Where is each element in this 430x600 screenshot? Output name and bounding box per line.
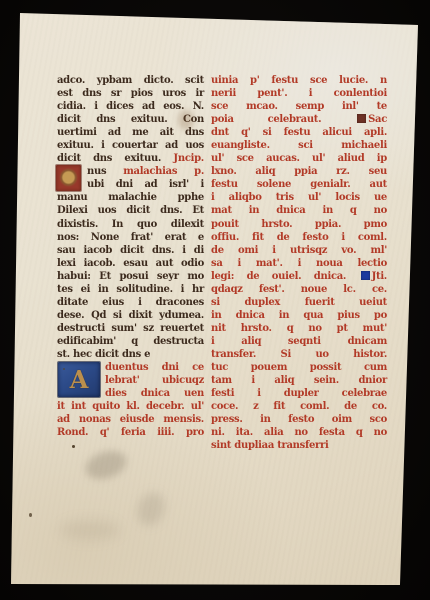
text-line: destructi sum' sz reuertet bbox=[57, 322, 204, 335]
text-run: dixistis. In quo dilexit bbox=[57, 219, 204, 230]
text-run: in dnica in qua pius po bbox=[211, 310, 387, 321]
illuminated-initial-o: O bbox=[56, 165, 81, 191]
text-line: dicit dns exituu. Con bbox=[57, 113, 204, 126]
text-run: i aliqbo tris ul' locis ue bbox=[211, 192, 387, 203]
text-line: de omi i utrisqz vo. ml' bbox=[211, 244, 387, 257]
text-line: tam i aliq sein. dnior bbox=[211, 374, 387, 387]
text-run: est dns sr pios uros ir bbox=[57, 88, 204, 99]
text-run: ditate eius i dracones bbox=[57, 297, 204, 308]
text-line: dese. Qd si dixit ydumea. bbox=[57, 309, 204, 322]
text-line: offiu. fit de festo i coml. bbox=[211, 231, 387, 244]
text-run: sint dupliaa transferri bbox=[211, 440, 328, 451]
text-line: exituu. i couertar ad uos bbox=[57, 139, 204, 152]
text-run: pouit hrsto. ppia. pmo bbox=[211, 219, 387, 230]
text-run: i aliq seqnti dnicam bbox=[211, 336, 387, 347]
text-run: dnt q' si festu alicui apli. bbox=[211, 127, 387, 138]
text-run: lexi iacob. esau aut odio bbox=[57, 258, 204, 269]
text-line: lxno. aliq ppia rz. seu bbox=[211, 165, 387, 178]
text-run: qdaqz fest'. noue lc. ce. bbox=[211, 284, 387, 295]
text-line: i aliqbo tris ul' locis ue bbox=[211, 191, 387, 204]
text-run: ad nonas eiusde mensis. bbox=[57, 414, 204, 425]
text-line: in dnica in qua pius po bbox=[211, 309, 387, 322]
text-line: press. in festo oim sco bbox=[211, 413, 387, 426]
text-line: edificabim' q destructa bbox=[57, 335, 204, 348]
text-run: manu malachie pphe bbox=[57, 192, 204, 203]
text-line: dicit dns exituu. Jncip. bbox=[57, 152, 204, 165]
text-line: Rond. q' feria iiii. pro bbox=[57, 426, 204, 439]
text-line: pouit hrsto. ppia. pmo bbox=[211, 218, 387, 231]
text-run: habui: Et posui seyr mo bbox=[57, 271, 204, 282]
text-line: sa i mat'. i noua lectio bbox=[211, 257, 387, 270]
parchment-stain bbox=[133, 488, 170, 529]
text-run: lxno. aliq ppia rz. seu bbox=[211, 166, 387, 177]
text-line: nos: None frat' erat e bbox=[57, 231, 204, 244]
text-run: cidia. i dices ad eos. N. bbox=[57, 101, 204, 112]
text-line: mat in dnica in q no bbox=[211, 204, 387, 217]
text-run: dese. Qd si dixit ydumea. bbox=[57, 310, 204, 321]
text-run: nus bbox=[87, 166, 123, 177]
text-line: nit hrsto. q no pt mut' bbox=[211, 322, 387, 335]
text-line: legi: de ouiel. dnica. Jti. bbox=[211, 270, 387, 283]
text-line: sint dupliaa transferri bbox=[211, 439, 387, 452]
text-run: sau iacob dicit dns. i di bbox=[57, 245, 204, 256]
text-run: destructi sum' sz reuertet bbox=[57, 323, 204, 334]
text-line: tuc pouem possit cum bbox=[211, 361, 387, 374]
text-line: it int quito kl. decebr. ul' bbox=[57, 400, 204, 413]
text-line: euangliste. sci michaeli bbox=[211, 139, 387, 152]
text-run: Dilexi uos dicit dns. Et bbox=[57, 205, 204, 216]
text-run: Sac bbox=[368, 114, 387, 125]
text-line: ditate eius i dracones bbox=[57, 296, 204, 309]
text-run: sa i mat'. i noua lectio bbox=[211, 258, 387, 269]
text-run: it int quito kl. decebr. ul' bbox=[57, 401, 204, 412]
text-run: Jti. bbox=[372, 271, 387, 282]
text-run: malachias p. bbox=[123, 166, 204, 177]
text-line: lexi iacob. esau aut odio bbox=[57, 257, 204, 270]
text-run: edificabim' q destructa bbox=[57, 336, 204, 347]
text-run: nos: None frat' erat e bbox=[57, 232, 204, 243]
text-line: Dilexi uos dicit dns. Et bbox=[57, 204, 204, 217]
text-run: festu solene genialr. aut bbox=[211, 179, 387, 190]
text-run: euangliste. sci michaeli bbox=[211, 140, 387, 151]
initial-o-letter: O bbox=[63, 171, 74, 186]
text-line: poia celebraut. Sac bbox=[211, 113, 387, 126]
text-line: sce mcao. semp inl' te bbox=[211, 100, 387, 113]
text-line: i aliq seqnti dnicam bbox=[211, 335, 387, 348]
text-run: adco. ypbam dicto. scit bbox=[57, 75, 204, 86]
text-line: qdaqz fest'. noue lc. ce. bbox=[211, 283, 387, 296]
text-run: Jncip. bbox=[173, 153, 204, 164]
text-run: mat in dnica in q no bbox=[211, 205, 387, 216]
text-run: nit hrsto. q no pt mut' bbox=[211, 323, 387, 334]
text-line: uertimi ad me ait dns bbox=[57, 126, 204, 139]
text-line: ul' sce aucas. ul' aliud ip bbox=[211, 152, 387, 165]
text-line: festu solene genialr. aut bbox=[211, 178, 387, 191]
text-line: dnt q' si festu alicui apli. bbox=[211, 126, 387, 139]
text-line: festi i dupler celebrae bbox=[211, 387, 387, 400]
paraph-block-blue bbox=[361, 271, 370, 280]
text-line: transfer. Si uo histor. bbox=[211, 348, 387, 361]
text-line: tes ei in solitudine. i hr bbox=[57, 283, 204, 296]
text-run: uertimi ad me ait dns bbox=[57, 127, 204, 138]
text-column-right: uinia p' festu sce lucie. nnerii pent'. … bbox=[211, 74, 387, 452]
text-line: sau iacob dicit dns. i di bbox=[57, 244, 204, 257]
text-line: nerii pent'. i conlentioi bbox=[211, 87, 387, 100]
text-run: tuc pouem possit cum bbox=[211, 362, 387, 373]
text-run: offiu. fit de festo i coml. bbox=[211, 232, 387, 243]
ink-speck bbox=[29, 513, 32, 517]
text-run: tam i aliq sein. dnior bbox=[211, 375, 387, 386]
text-line: adco. ypbam dicto. scit bbox=[57, 74, 204, 87]
text-run: ubi dni ad isrl' i bbox=[87, 179, 204, 190]
ink-speck bbox=[72, 445, 75, 448]
photo-background: { "photo": { "backdrop_color": "#0a0807"… bbox=[0, 0, 430, 600]
text-run: dicit dns exituu. bbox=[57, 153, 173, 164]
text-run: festi i dupler celebrae bbox=[211, 388, 387, 399]
text-run: duentus dni ce bbox=[105, 362, 204, 373]
text-run: lebrat' ubicuqz bbox=[105, 375, 204, 386]
text-run: poia celebraut. bbox=[211, 114, 355, 125]
text-run: transfer. Si uo histor. bbox=[211, 349, 387, 360]
text-run: sce mcao. semp inl' te bbox=[211, 101, 387, 112]
text-run: legi: de ouiel. dnica. bbox=[211, 271, 359, 282]
text-line: si duplex fuerit ueiut bbox=[211, 296, 387, 309]
text-line: manu malachie pphe bbox=[57, 191, 204, 204]
text-line: est dns sr pios uros ir bbox=[57, 87, 204, 100]
parchment-stain bbox=[82, 446, 130, 484]
manuscript-leaf: O A adco. ypbam dicto. scitest dns sr pi… bbox=[0, 0, 430, 600]
text-line: cidia. i dices ad eos. N. bbox=[57, 100, 204, 113]
text-line: st. hec dicit dns e bbox=[57, 348, 204, 361]
ink-speck bbox=[63, 368, 65, 370]
text-run: exituu. i couertar ad uos bbox=[57, 140, 204, 151]
text-column-left: O A adco. ypbam dicto. scitest dns sr pi… bbox=[57, 74, 204, 439]
text-run: ul' sce aucas. ul' aliud ip bbox=[211, 153, 387, 164]
text-run: ni. ita. alia no festa q no bbox=[211, 427, 387, 438]
text-run: Rond. q' feria iiii. pro bbox=[57, 427, 204, 438]
text-run: nerii pent'. i conlentioi bbox=[211, 88, 387, 99]
paraph-block-maroon bbox=[357, 114, 366, 123]
text-line: uinia p' festu sce lucie. n bbox=[211, 74, 387, 87]
text-run: st. hec dicit dns e bbox=[57, 349, 150, 360]
text-line: ni. ita. alia no festa q no bbox=[211, 426, 387, 439]
initial-a-letter: A bbox=[70, 365, 89, 394]
text-run: si duplex fuerit ueiut bbox=[211, 297, 387, 308]
text-line: dixistis. In quo dilexit bbox=[57, 218, 204, 231]
text-run: de omi i utrisqz vo. ml' bbox=[211, 245, 387, 256]
text-line: habui: Et posui seyr mo bbox=[57, 270, 204, 283]
text-run: coce. z fit coml. de co. bbox=[211, 401, 387, 412]
parchment-stain bbox=[60, 520, 120, 540]
text-line: ad nonas eiusde mensis. bbox=[57, 413, 204, 426]
text-run: dies dnica uen bbox=[105, 388, 204, 399]
text-line: coce. z fit coml. de co. bbox=[211, 400, 387, 413]
text-run: dicit dns exituu. Con bbox=[57, 114, 204, 125]
text-run: uinia p' festu sce lucie. n bbox=[211, 75, 387, 86]
text-run: press. in festo oim sco bbox=[211, 414, 387, 425]
text-run: tes ei in solitudine. i hr bbox=[57, 284, 204, 295]
